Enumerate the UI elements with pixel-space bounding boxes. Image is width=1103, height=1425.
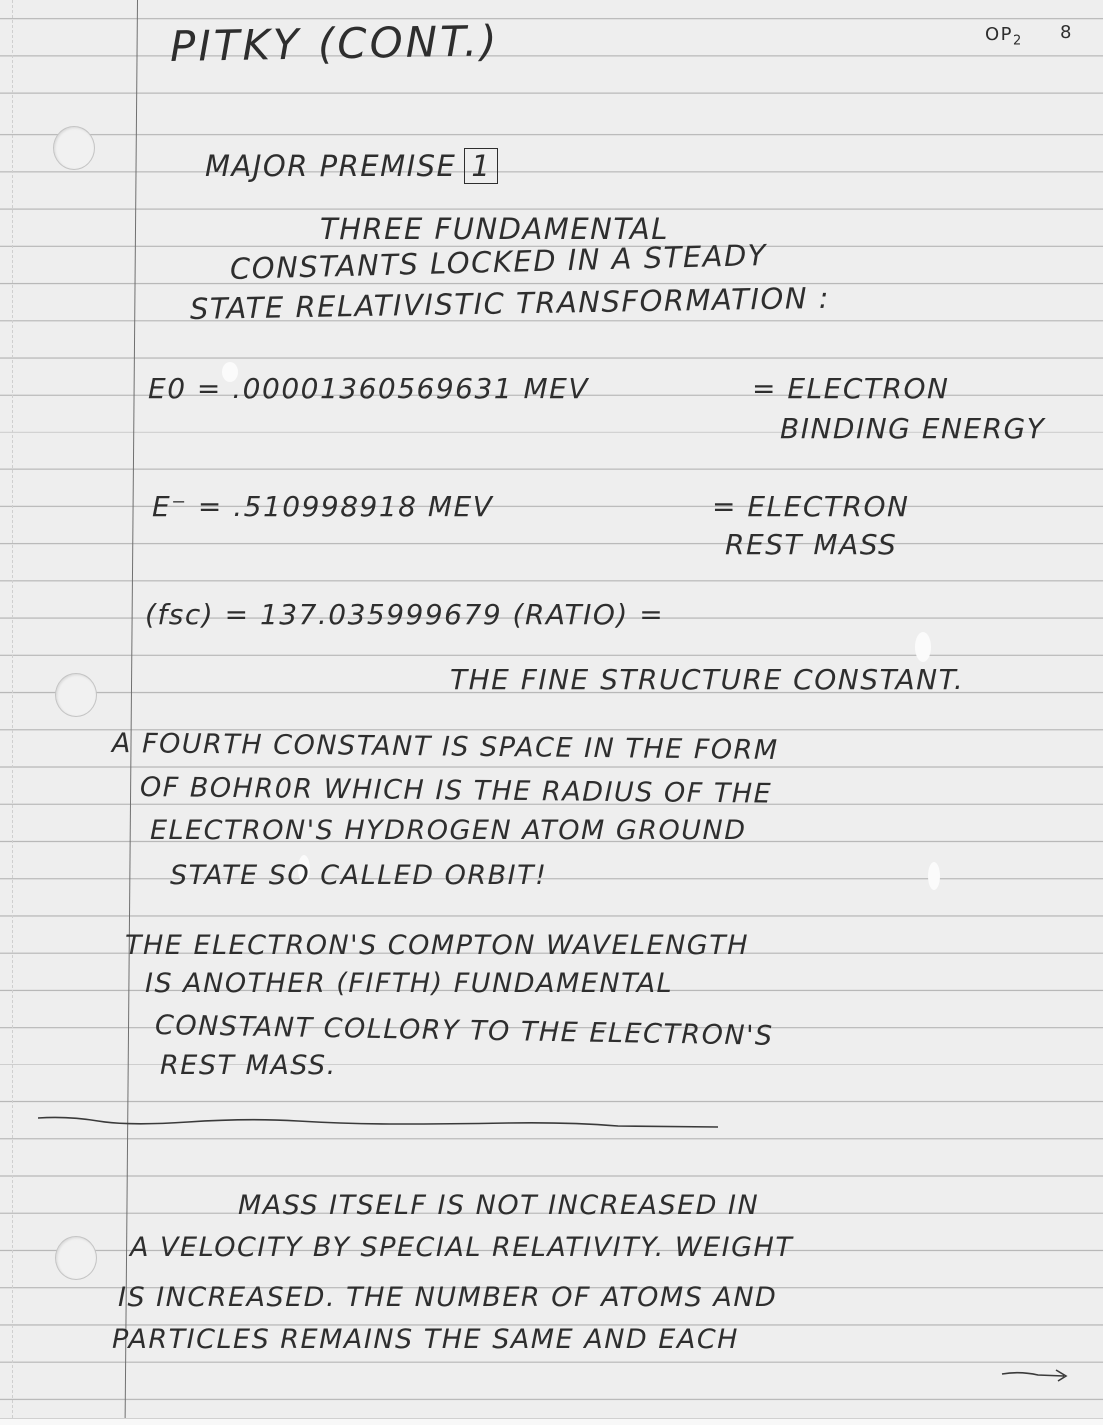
paragraph-line: IS INCREASED. THE NUMBER OF ATOMS AND — [118, 1282, 777, 1313]
constant-fine-structure: (fsc) = 137.035999679 (RATIO) = — [145, 598, 664, 631]
paragraph-line: STATE SO CALLED ORBIT! — [170, 860, 547, 891]
constant-value: = .00001360569631 MEV — [197, 372, 589, 405]
constant-description: THE FINE STRUCTURE CONSTANT. — [450, 663, 964, 696]
paragraph-line: ELECTRON'S HYDROGEN ATOM GROUND — [150, 815, 747, 846]
binder-hole-top — [53, 126, 95, 170]
constant-description: BINDING ENERGY — [780, 412, 1045, 445]
constant-description: = ELECTRON — [752, 372, 949, 405]
constant-description: = ELECTRON — [712, 490, 909, 523]
page-bottom-edge — [0, 1418, 1103, 1425]
continue-arrow-icon — [1000, 1368, 1070, 1382]
constant-value: = 137.035999679 (RATIO) = — [225, 598, 665, 631]
page-ref-sub: 2 — [1013, 34, 1023, 49]
major-premise-label: MAJOR PREMISE — [205, 149, 456, 183]
page-reference: OP2 — [985, 24, 1023, 49]
page-title: PITKY (CONT.) — [170, 16, 500, 71]
premise-number-box: 1 — [464, 148, 498, 184]
whiteout-speck — [915, 632, 931, 662]
constant-symbol: E0 — [148, 372, 187, 405]
constant-binding-energy: E0 = .00001360569631 MEV — [148, 372, 589, 405]
constant-symbol: E⁻ — [152, 490, 187, 523]
paragraph-line: OF BOHR0R WHICH IS THE RADIUS OF THE — [140, 772, 773, 810]
page-ref-main: OP — [985, 24, 1013, 45]
paragraph-line: PARTICLES REMAINS THE SAME AND EACH — [112, 1324, 739, 1355]
constant-value: = .510998918 MEV — [198, 490, 494, 523]
perforated-edge — [12, 0, 13, 1418]
whiteout-speck — [928, 862, 940, 890]
separator-line — [38, 1114, 718, 1128]
paragraph-line: THE ELECTRON'S COMPTON WAVELENGTH — [125, 930, 749, 961]
major-premise-heading: MAJOR PREMISE1 — [205, 148, 498, 184]
binder-hole-middle — [55, 673, 97, 717]
constant-description: REST MASS — [725, 528, 897, 561]
paragraph-line: REST MASS. — [160, 1050, 337, 1081]
paragraph-line: A VELOCITY BY SPECIAL RELATIVITY. WEIGHT — [130, 1232, 793, 1263]
constant-rest-mass: E⁻ = .510998918 MEV — [152, 490, 493, 523]
paragraph-line: IS ANOTHER (FIFTH) FUNDAMENTAL — [145, 968, 673, 999]
page-number: 8 — [1060, 22, 1073, 43]
constant-symbol: (fsc) — [145, 598, 214, 631]
binder-hole-bottom — [55, 1236, 97, 1280]
paragraph-line: MASS ITSELF IS NOT INCREASED IN — [238, 1190, 759, 1221]
